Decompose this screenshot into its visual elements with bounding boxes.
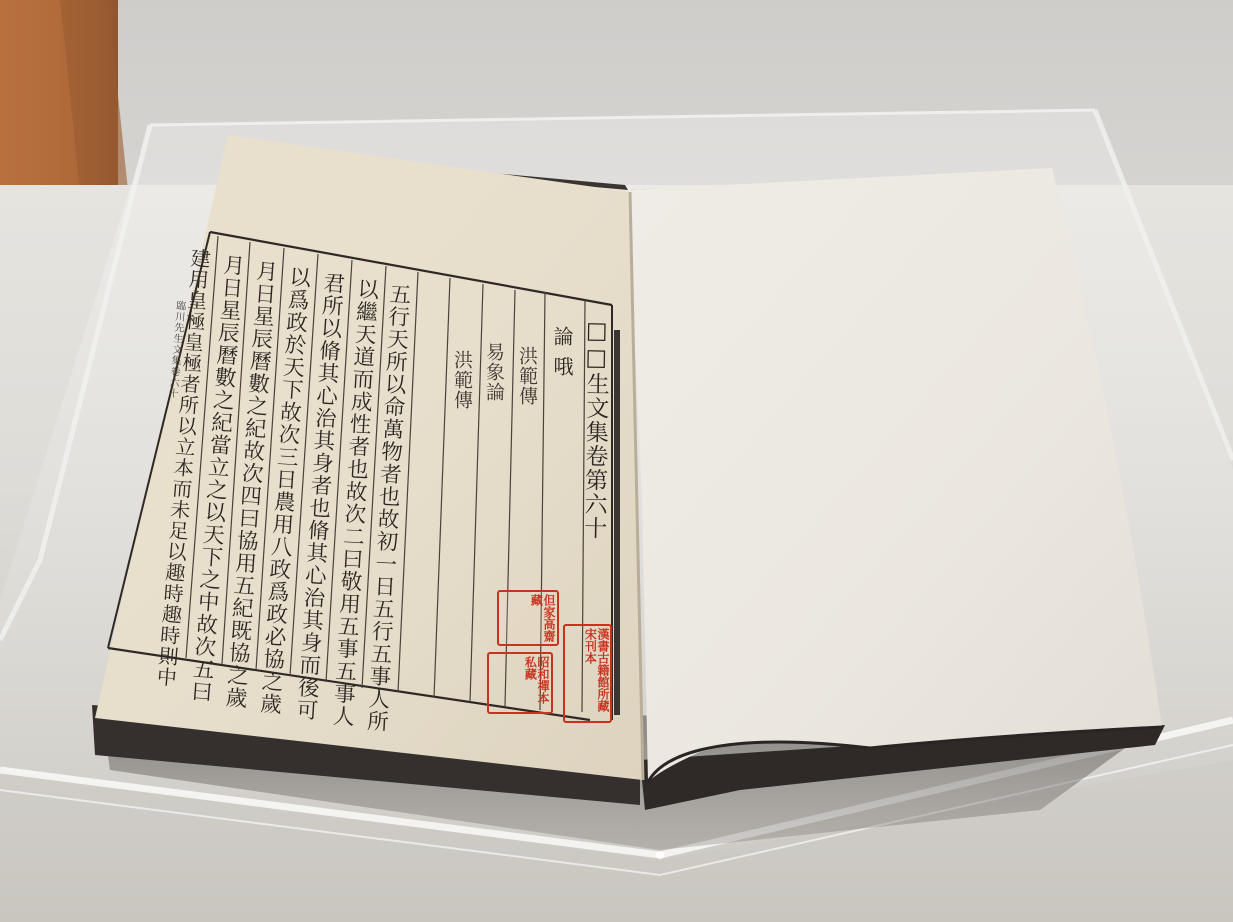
seal-top-left: 但家高齋藏 (497, 590, 559, 646)
seal-right: 漢書古籍館所藏宋刊本 (563, 624, 612, 723)
volume-title: □□生文集卷第六十 (581, 318, 608, 540)
seal-bottom-left: 昭和禪本私藏 (487, 652, 553, 714)
subsection-label: 哦 (552, 356, 572, 377)
section-label: 論 (552, 326, 572, 347)
contents-item-2: 易象論 (484, 342, 503, 402)
contents-item-1: 洪範傳 (517, 346, 536, 406)
contents-item-3: 洪範傳 (452, 350, 471, 410)
